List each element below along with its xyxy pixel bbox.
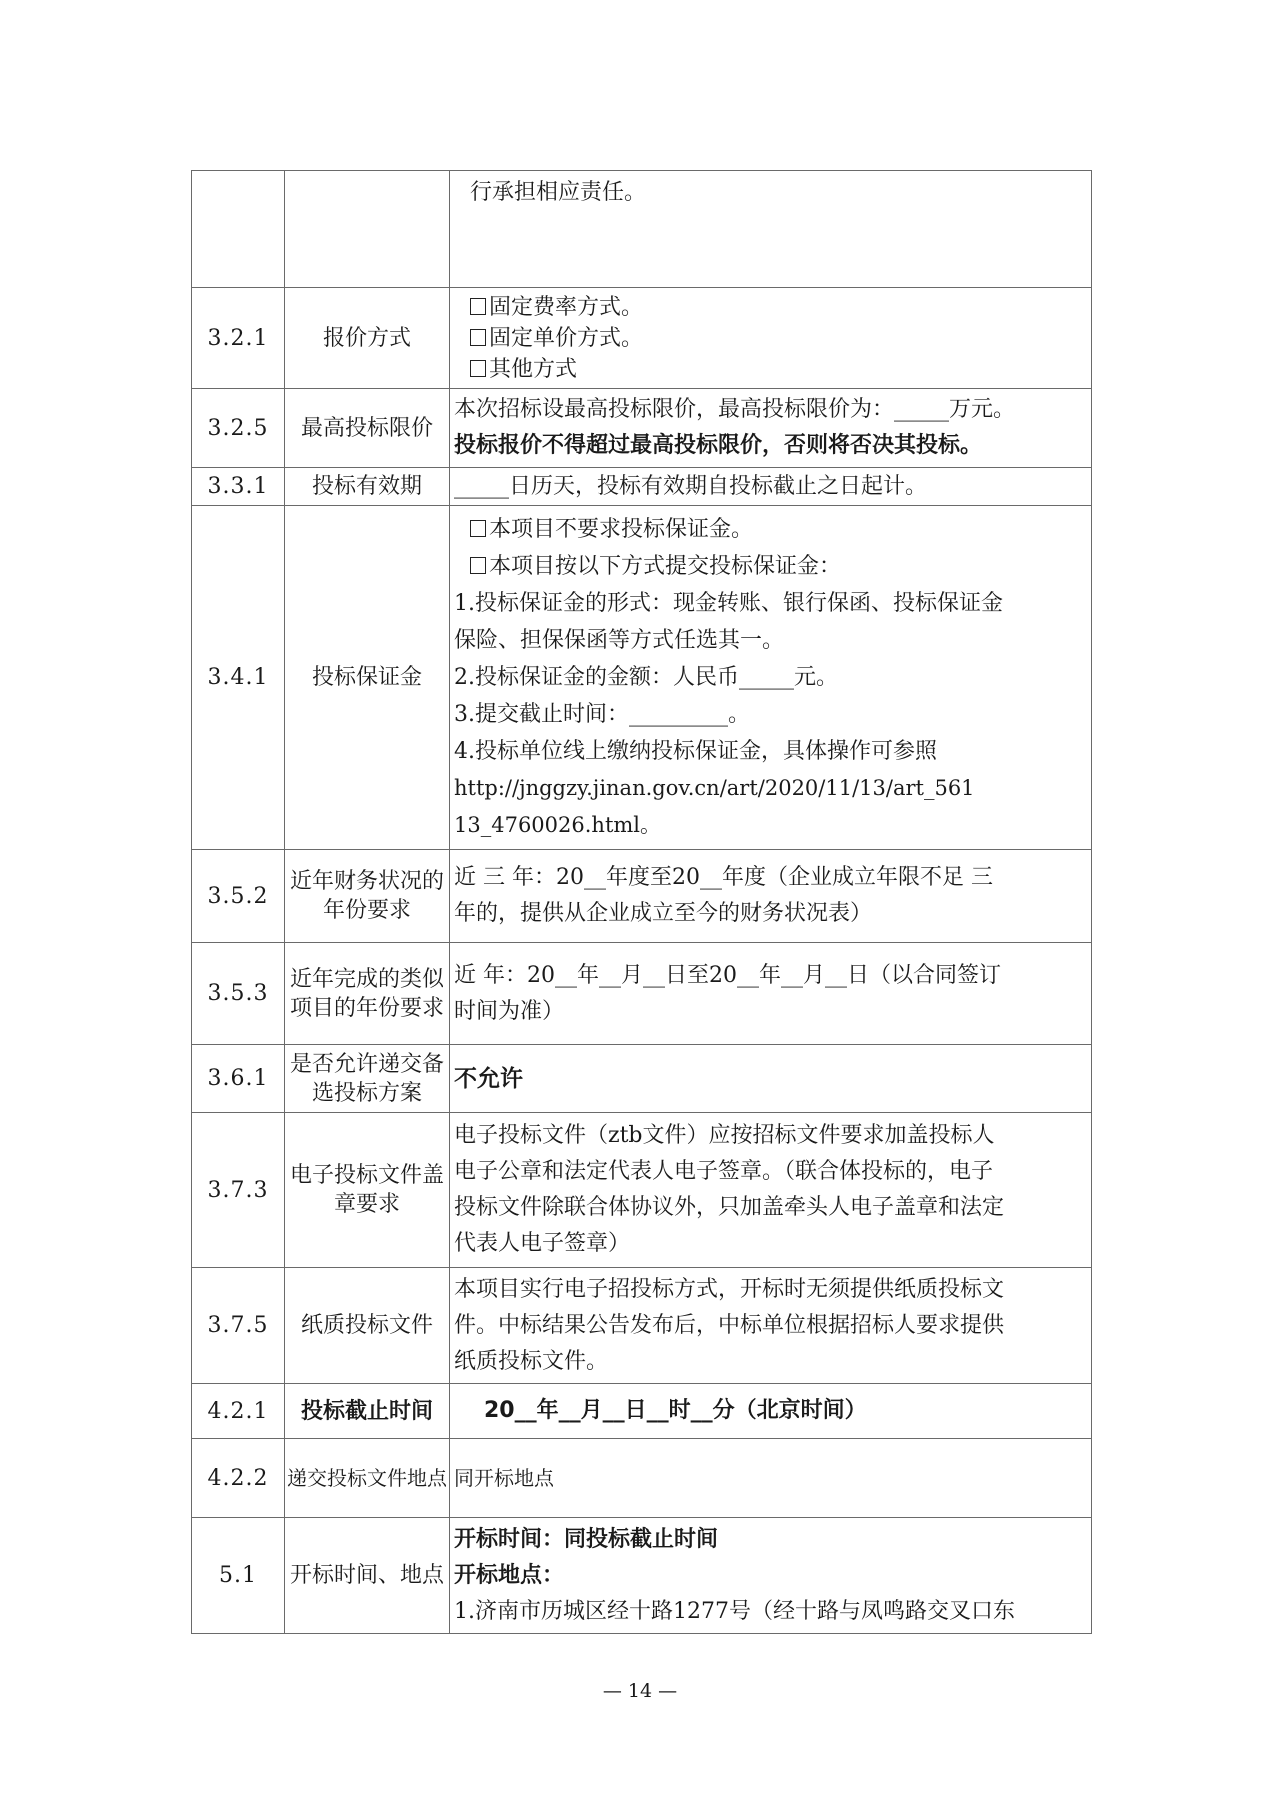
clause-number: 3.6.1 [192,1045,285,1113]
table-row: 3.4.1 投标保证金 本项目不要求投标保证金。 本项目按以下方式提交投标保证金… [192,506,1092,850]
clause-item [285,171,450,288]
table-row: 5.1 开标时间、地点 开标时间：同投标截止时间 开标地点： 1.济南市历城区经… [192,1518,1092,1634]
clause-item: 近年完成的类似项目的年份要求 [285,943,450,1045]
not-allowed-text: 不允许 [454,1061,1091,1097]
clause-content: 同开标地点 [450,1439,1092,1518]
option-fixed-unit-price[interactable]: 固定单价方式。 [454,323,1091,354]
table-row: 3.5.3 近年完成的类似项目的年份要求 近 年：20__年__月__日至20_… [192,943,1092,1045]
content-line: 本次招标设最高投标限价，最高投标限价为：_____万元。 [454,392,1091,428]
bold-warning: 投标报价不得超过最高投标限价，否则将否决其投标。 [454,428,1091,464]
clause-number: 3.4.1 [192,506,285,850]
clause-content: 20__年__月__日__时__分（北京时间） [450,1384,1092,1439]
clause-number: 3.3.1 [192,468,285,506]
clause-item: 是否允许递交备选投标方案 [285,1045,450,1113]
clause-content: 固定费率方式。 固定单价方式。 其他方式 [450,288,1092,389]
clause-number [192,171,285,288]
content-line: _____日历天，投标有效期自投标截止之日起计。 [454,469,1091,505]
clause-item: 最高投标限价 [285,389,450,468]
content-line: 年的，提供从企业成立至今的财务状况表） [454,896,1091,932]
table-row: 3.6.1 是否允许递交备选投标方案 不允许 [192,1045,1092,1113]
clause-content: 行承担相应责任。 [450,171,1092,288]
content-line: 近 年：20__年__月__日至20__年__月__日（以合同签订 [454,958,1091,994]
content-line: 电子公章和法定代表人电子签章。（联合体投标的，电子 [454,1154,1091,1190]
clause-number: 4.2.1 [192,1384,285,1439]
content-line: 3.提交截止时间：_________。 [454,696,1091,733]
clause-content: 电子投标文件（ztb文件）应按招标文件要求加盖投标人 电子公章和法定代表人电子签… [450,1113,1092,1268]
deposit-url-link-cont[interactable]: 13_4760026.html。 [454,807,1091,844]
option-fixed-rate[interactable]: 固定费率方式。 [454,292,1091,323]
content-line: 行承担相应责任。 [454,175,1091,211]
content-line: 同开标地点 [454,1460,1091,1496]
clause-number: 5.1 [192,1518,285,1634]
clause-content: 不允许 [450,1045,1092,1113]
clause-number: 4.2.2 [192,1439,285,1518]
clause-content: 本次招标设最高投标限价，最高投标限价为：_____万元。 投标报价不得超过最高投… [450,389,1092,468]
content-line: 本项目实行电子招投标方式，开标时无须提供纸质投标文 [454,1272,1091,1308]
checkbox-icon[interactable] [470,329,486,346]
clause-content: 本项目实行电子招投标方式，开标时无须提供纸质投标文 件。中标结果公告发布后，中标… [450,1268,1092,1384]
clause-item: 投标保证金 [285,506,450,850]
content-line: 保险、担保保函等方式任选其一。 [454,622,1091,659]
clause-number: 3.2.1 [192,288,285,389]
option-other[interactable]: 其他方式 [454,354,1091,385]
table-row: 4.2.2 递交投标文件地点 同开标地点 [192,1439,1092,1518]
checkbox-icon[interactable] [470,557,486,574]
clause-content: 近 三 年：20__年度至20__年度（企业成立年限不足 三 年的，提供从企业成… [450,850,1092,943]
clause-content: _____日历天，投标有效期自投标截止之日起计。 [450,468,1092,506]
content-line: 件。中标结果公告发布后，中标单位根据招标人要求提供 [454,1308,1091,1344]
bid-data-table: 行承担相应责任。 3.2.1 报价方式 固定费率方式。 固定单价方式。 其他方式… [191,170,1092,1634]
clause-item: 递交投标文件地点 [285,1439,450,1518]
clause-item: 投标截止时间 [285,1384,450,1439]
clause-number: 3.2.5 [192,389,285,468]
page-number: — 14 — [0,1680,1280,1702]
clause-item: 报价方式 [285,288,450,389]
option-deposit-required[interactable]: 本项目按以下方式提交投标保证金： [454,548,1091,585]
content-line: 2.投标保证金的金额：人民币_____元。 [454,659,1091,696]
opening-location-label: 开标地点： [454,1558,1091,1594]
checkbox-icon[interactable] [470,298,486,315]
table-row: 3.2.5 最高投标限价 本次招标设最高投标限价，最高投标限价为：_____万元… [192,389,1092,468]
clause-content: 近 年：20__年__月__日至20__年__月__日（以合同签订 时间为准） [450,943,1092,1045]
deposit-url-link[interactable]: http://jnggzy.jinan.gov.cn/art/2020/11/1… [454,770,1091,807]
content-line: 1.投标保证金的形式：现金转账、银行保函、投标保证金 [454,585,1091,622]
deadline-text: 20__年__月__日__时__分（北京时间） [454,1393,1091,1429]
content-line: 电子投标文件（ztb文件）应按招标文件要求加盖投标人 [454,1118,1091,1154]
content-line: 投标文件除联合体协议外，只加盖牵头人电子盖章和法定 [454,1190,1091,1226]
option-no-deposit[interactable]: 本项目不要求投标保证金。 [454,511,1091,548]
clause-item: 开标时间、地点 [285,1518,450,1634]
table-row: 4.2.1 投标截止时间 20__年__月__日__时__分（北京时间） [192,1384,1092,1439]
clause-number: 3.7.3 [192,1113,285,1268]
content-line: 时间为准） [454,994,1091,1030]
table-row: 3.2.1 报价方式 固定费率方式。 固定单价方式。 其他方式 [192,288,1092,389]
checkbox-icon[interactable] [470,520,486,537]
table-row: 行承担相应责任。 [192,171,1092,288]
checkbox-icon[interactable] [470,360,486,377]
content-line: 4.投标单位线上缴纳投标保证金，具体操作可参照 [454,733,1091,770]
table-row: 3.7.5 纸质投标文件 本项目实行电子招投标方式，开标时无须提供纸质投标文 件… [192,1268,1092,1384]
clause-item: 投标有效期 [285,468,450,506]
content-line: 1.济南市历城区经十路1277号（经十路与凤鸣路交叉口东 [454,1594,1091,1630]
clause-number: 3.5.2 [192,850,285,943]
opening-time: 开标时间：同投标截止时间 [454,1522,1091,1558]
clause-content: 本项目不要求投标保证金。 本项目按以下方式提交投标保证金： 1.投标保证金的形式… [450,506,1092,850]
clause-item: 近年财务状况的年份要求 [285,850,450,943]
content-line: 代表人电子签章） [454,1226,1091,1262]
content-line: 近 三 年：20__年度至20__年度（企业成立年限不足 三 [454,860,1091,896]
clause-item: 电子投标文件盖章要求 [285,1113,450,1268]
table-row: 3.7.3 电子投标文件盖章要求 电子投标文件（ztb文件）应按招标文件要求加盖… [192,1113,1092,1268]
table-row: 3.3.1 投标有效期 _____日历天，投标有效期自投标截止之日起计。 [192,468,1092,506]
clause-item: 纸质投标文件 [285,1268,450,1384]
table-row: 3.5.2 近年财务状况的年份要求 近 三 年：20__年度至20__年度（企业… [192,850,1092,943]
content-line: 纸质投标文件。 [454,1344,1091,1380]
clause-content: 开标时间：同投标截止时间 开标地点： 1.济南市历城区经十路1277号（经十路与… [450,1518,1092,1634]
clause-number: 3.5.3 [192,943,285,1045]
clause-number: 3.7.5 [192,1268,285,1384]
